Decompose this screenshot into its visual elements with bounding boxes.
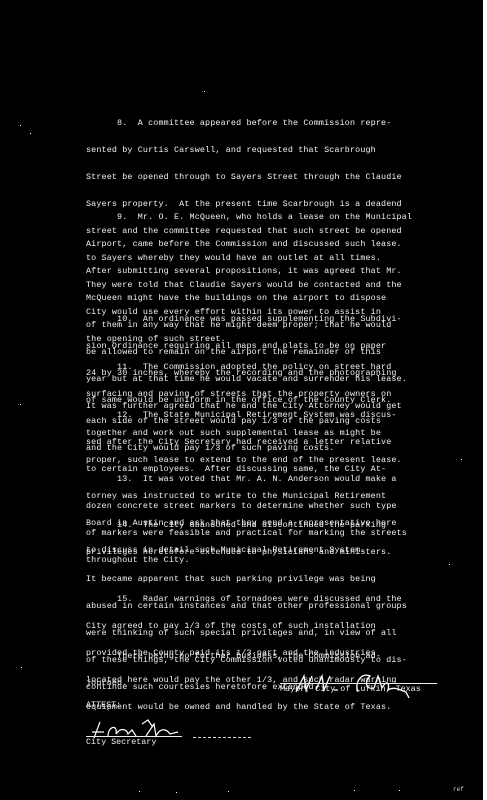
scan-speck <box>20 404 21 405</box>
text-line: sed after the City Secretary had receive… <box>86 438 436 447</box>
text-line: 11. The Commission adopted the policy on… <box>86 363 436 372</box>
text-line: Street be opened through to Sayers Stree… <box>86 173 436 182</box>
text-line: 12. The State Municipal Retirement Syste… <box>86 411 436 420</box>
scan-speck <box>449 564 450 565</box>
text-line: privileges heretofore extended to physic… <box>86 548 436 557</box>
text-line: Airport, came before the Commission and … <box>86 240 436 249</box>
page-edge <box>483 0 487 800</box>
dashed-line <box>193 737 251 738</box>
scan-speck <box>354 790 355 791</box>
scan-speck <box>139 791 140 792</box>
text-line: 9. Mr. O. E. McQueen, who holds a lease … <box>86 213 436 222</box>
mayor-title: Mayor, City of Lufkin, Texas <box>280 684 421 694</box>
text-line: After submitting several propositions, i… <box>86 267 436 276</box>
scan-speck <box>21 667 22 668</box>
text-line: There being no further business, the Com… <box>86 652 436 661</box>
scan-speck <box>399 790 400 791</box>
scan-speck <box>30 133 31 134</box>
text-line: 10. An ordinance was passed supplementin… <box>86 315 436 324</box>
scan-speck <box>20 125 21 126</box>
scan-speck <box>228 791 229 792</box>
text-line: 15. Radar warnings of tornadoes were dis… <box>86 595 436 604</box>
scan-speck <box>461 459 462 460</box>
scan-speck <box>204 91 205 92</box>
attest-label: ATTEST: <box>86 700 121 710</box>
scan-speck <box>176 792 177 793</box>
text-line: sented by Curtis Carswell, and requested… <box>86 146 436 155</box>
footer-mark: ref <box>453 786 464 793</box>
text-line: 14. The City abandoned and discontinued … <box>86 521 436 530</box>
text-line: 8. A committee appeared before the Commi… <box>86 119 436 128</box>
document-page: 8. A committee appeared before the Commi… <box>0 0 483 800</box>
text-line: City agreed to pay 1/3 of the costs of s… <box>86 622 436 631</box>
secretary-title: City Secretary <box>86 737 156 747</box>
text-line: 13. It was voted that Mr. A. N. Anderson… <box>86 475 436 484</box>
